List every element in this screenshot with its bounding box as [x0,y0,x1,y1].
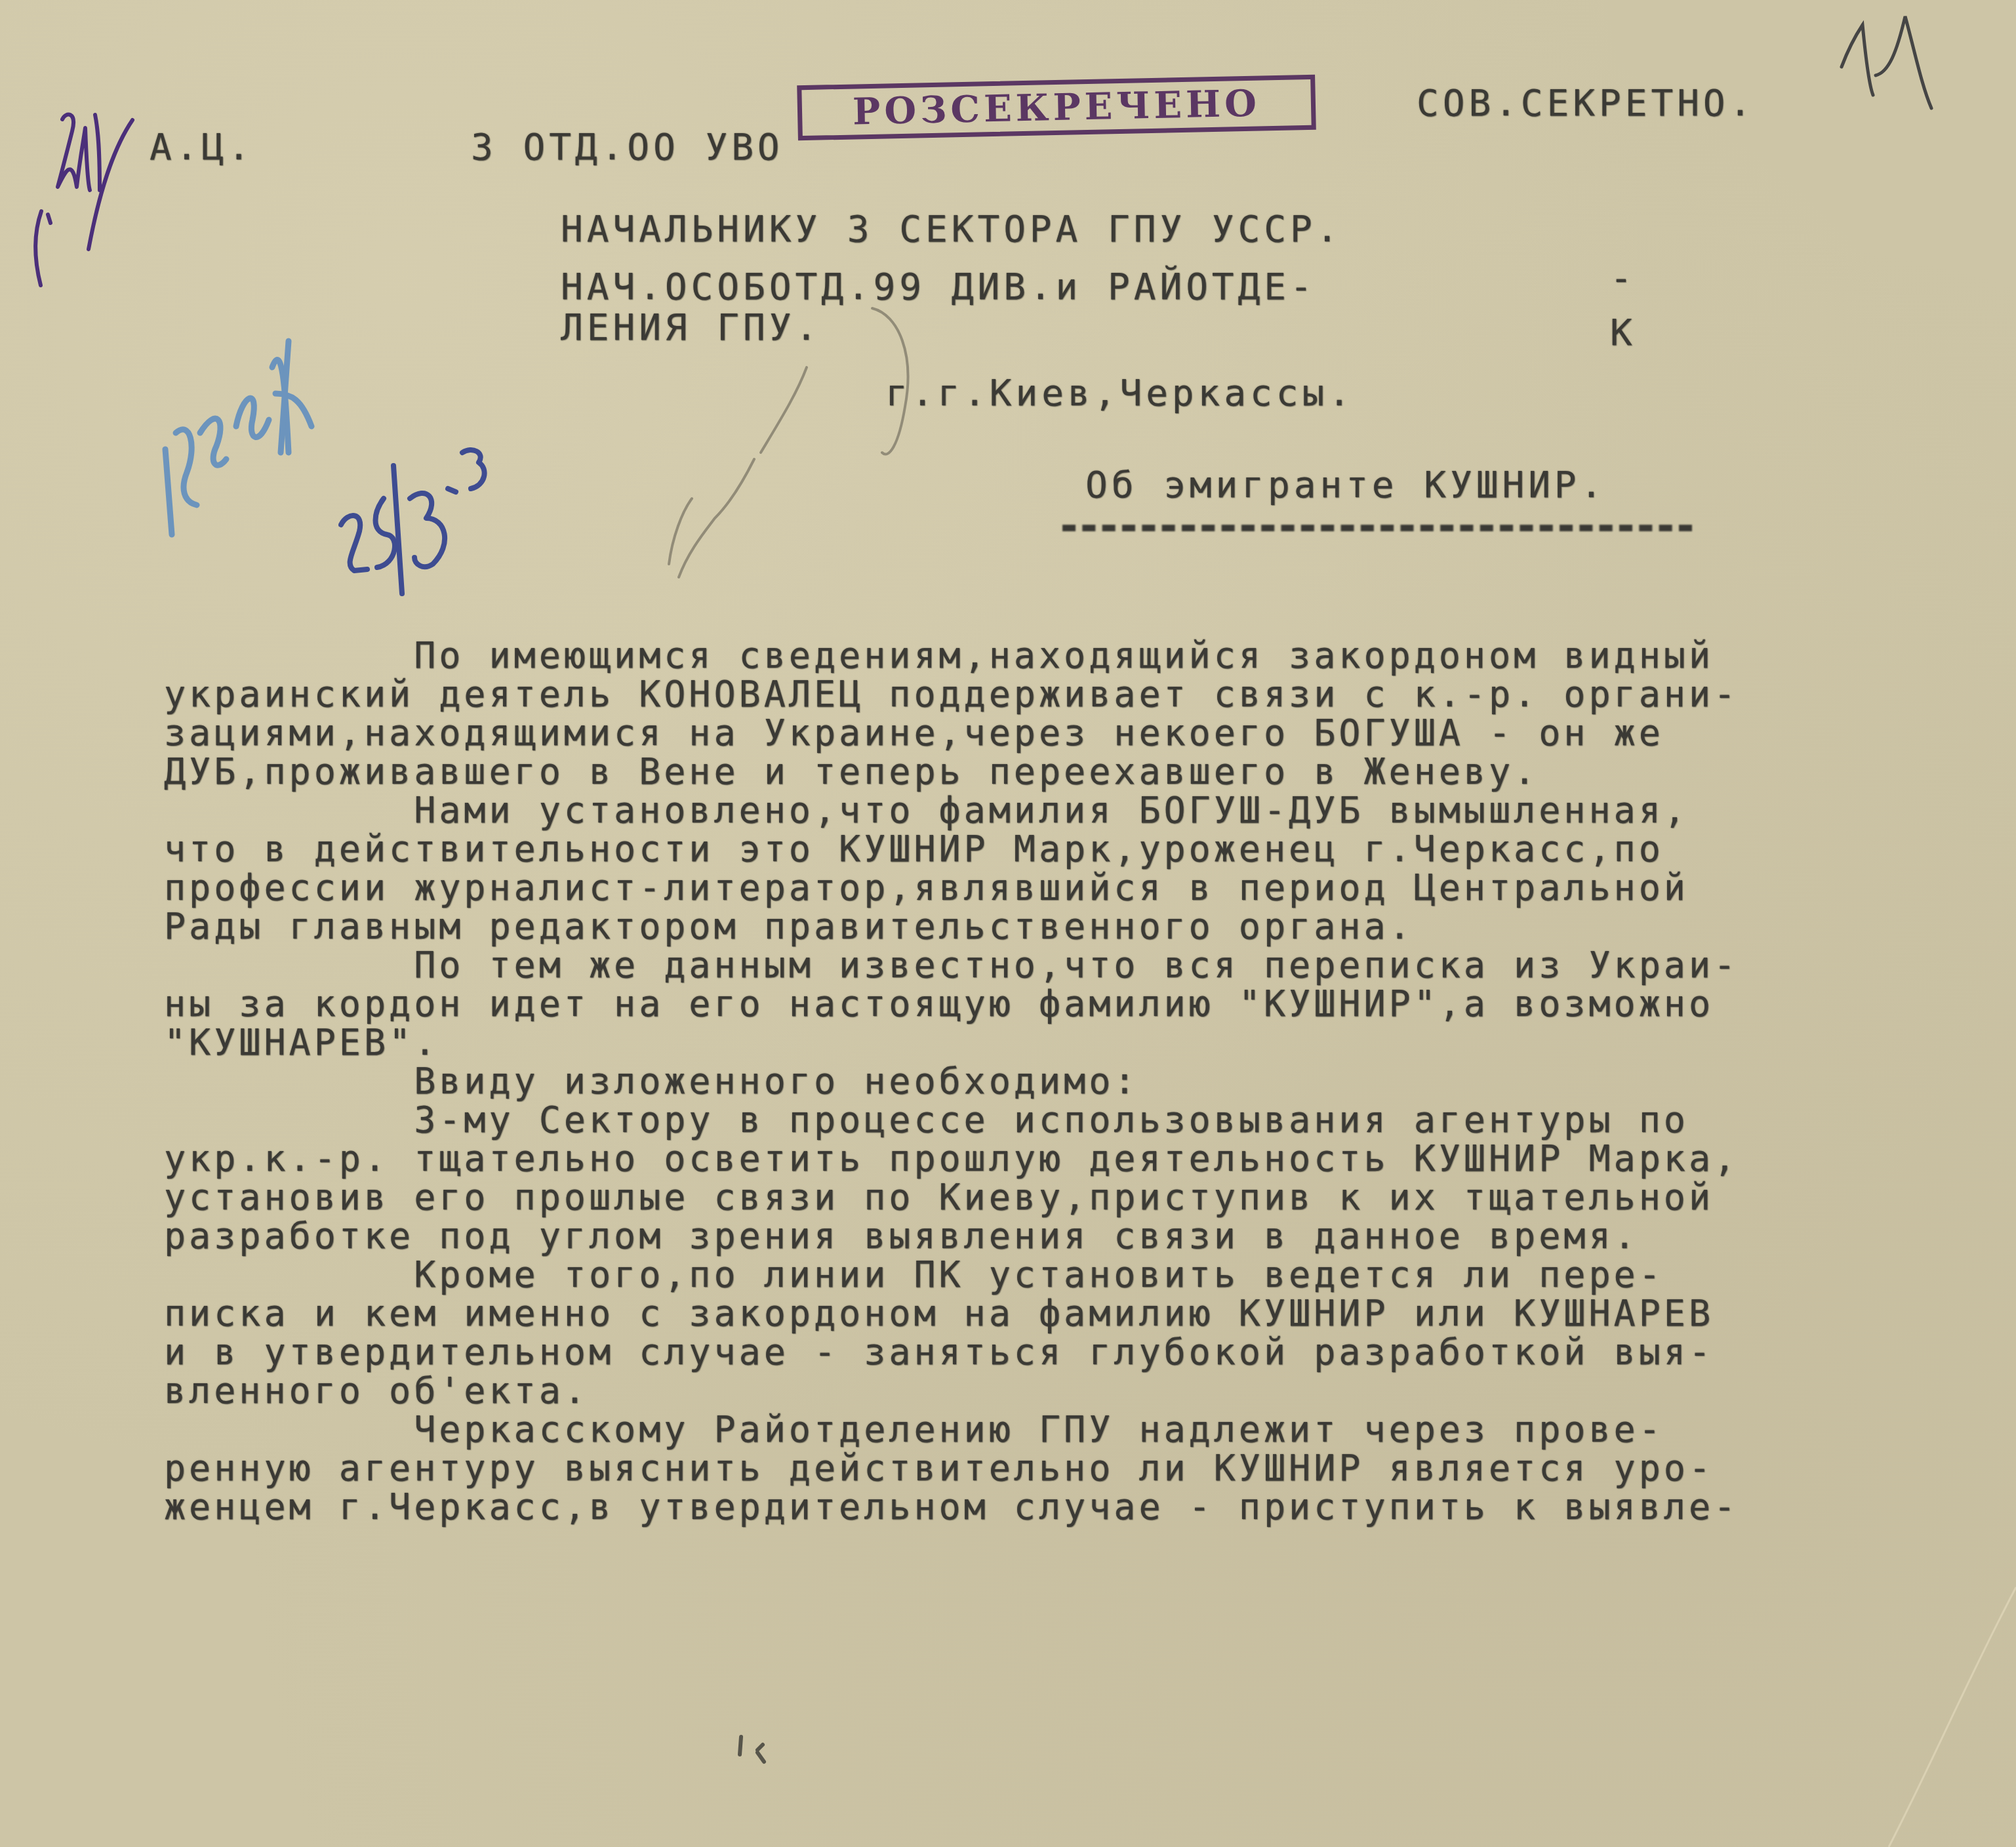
sender-code: А.Ц. [150,128,254,167]
subject-line: Об эмигранте КУШНИР. [1085,466,1606,505]
body-line: Ввиду изложенного необходимо: [164,1062,1987,1101]
body-line: что в действительности это КУШНИР Марк,у… [164,830,1987,868]
body-line: ны за кордон идет на его настоящую фамил… [164,984,1987,1023]
side-mark-dash: - [1610,259,1636,298]
body-line: ренную агентуру выяснить действительно л… [164,1449,1987,1488]
purple-initials-mark [35,115,132,285]
body-line: профессии журналист-литератор,являвшийся… [164,868,1987,907]
addressee-line-3: ЛЕНИЯ ГПУ. [561,308,821,348]
scanned-document-page: РОЗСЕКРЕЧЕНО А.Ц. 3 ОТД.ОО УВО СОВ.СЕКРЕ… [0,0,2016,1847]
blue-registration-number [165,341,312,535]
body-line: вленного об'екта. [164,1371,1987,1410]
subject-underline [1062,525,1692,531]
body-line: зациями,находящимися на Украине,через не… [164,714,1987,752]
body-line: По имеющимся сведениям,находящийся закор… [164,636,1987,675]
classification-label: СОВ.СЕКРЕТНО. [1417,84,1755,123]
paper-crease [1889,1587,2016,1847]
blue-date-mark [341,450,485,594]
body-line: Черкасскому Райотделению ГПУ надлежит че… [164,1410,1987,1449]
sender-department: 3 ОТД.ОО УВО [471,128,784,167]
body-line: ДУБ,проживавшего в Вене и теперь перееха… [164,752,1987,791]
addressee-line-1: НАЧАЛЬНИКУ 3 СЕКТОРА ГПУ УССР. [561,210,1342,249]
destination-cities: г.г.Киев,Черкассы. [885,374,1354,413]
body-line: писка и кем именно с закордоном на фамил… [164,1294,1987,1333]
body-line: Нами установлено,что фамилия БОГУШ-ДУБ в… [164,791,1987,830]
body-line: разработке под углом зрения выявления св… [164,1217,1987,1255]
body-line: украинский деятель КОНОВАЛЕЦ поддерживае… [164,675,1987,714]
body-line: установив его прошлые связи по Киеву,при… [164,1178,1987,1217]
addressee-line-2: НАЧ.ОСОБОТД.99 ДИВ.и РАЙОТДЕ- [561,268,1316,307]
declassified-stamp: РОЗСЕКРЕЧЕНО [797,75,1316,141]
body-line: и в утвердительном случае - заняться глу… [164,1333,1987,1371]
document-body: По имеющимся сведениям,находящийся закор… [164,636,1987,1526]
body-line: Кроме того,по линии ПК установить ведетс… [164,1255,1987,1294]
stamp-label: РОЗСЕКРЕЧЕНО [852,81,1260,133]
side-mark-k: К [1610,314,1636,353]
body-line: Рады главным редактором правительственно… [164,907,1987,946]
bottom-ink-mark [740,1737,764,1762]
body-line: "КУШНАРЕВ". [164,1023,1987,1062]
body-line: По тем же данным известно,что вся перепи… [164,946,1987,984]
body-line: женцем г.Черкасс,в утвердительном случае… [164,1488,1987,1526]
body-line: укр.к.-р. тщательно осветить прошлую дея… [164,1139,1987,1178]
body-line: 3-му Сектору в процессе использовывания … [164,1101,1987,1139]
